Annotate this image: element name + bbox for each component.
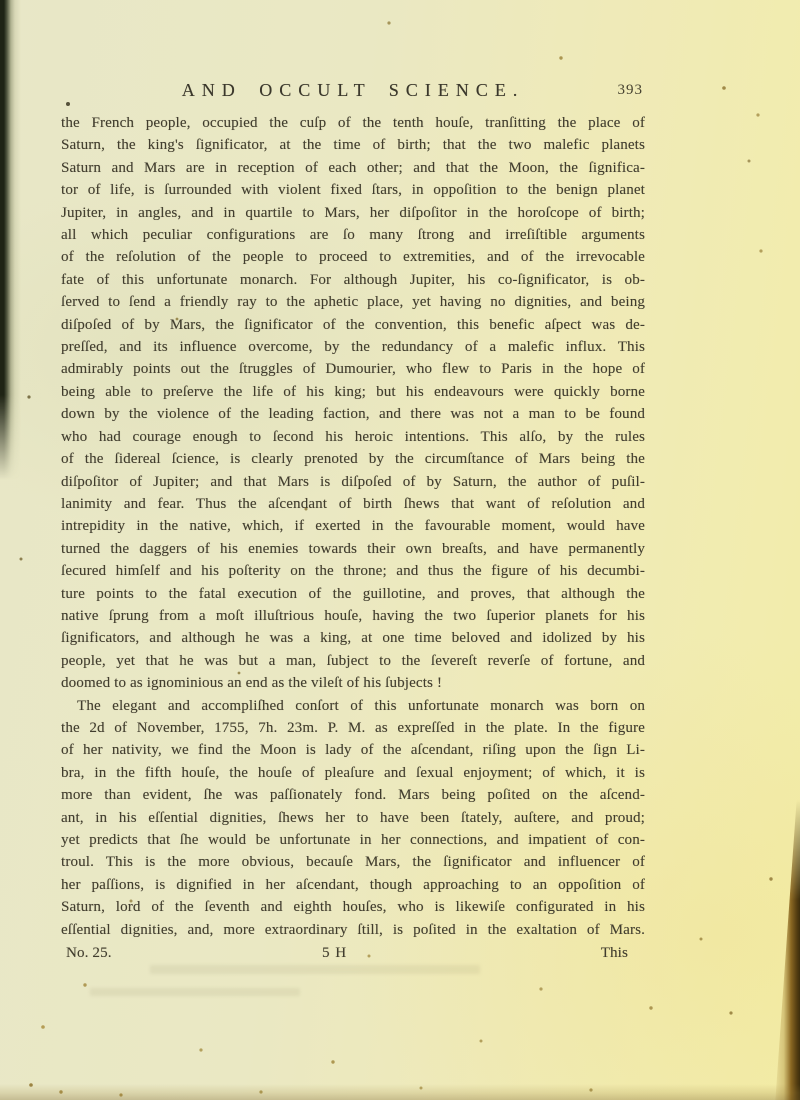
text-line: native ſprung from a moſt illuſtrious ho… [61,605,645,627]
text-line: Saturn and Mars are in reception of each… [61,157,645,179]
text-line: of the reſolution of the people to proce… [61,246,645,268]
text-block: AND OCCULT SCIENCE. 393 the French peopl… [61,80,645,964]
text-line: of the ſidereal ſcience, is clearly pren… [61,448,645,470]
text-line: ſerved to ſend a friendly ray to the aph… [61,291,645,313]
text-line: turned the daggers of his enemies toward… [61,538,645,560]
text-line: people, yet that he was but a man, ſubje… [61,650,645,672]
text-line: Saturn, lord of the ſeventh and eighth h… [61,896,645,918]
text-line: her paſſions, is dignified in her aſcend… [61,874,645,896]
text-line: yet predicts that ſhe would be unfortuna… [61,829,645,851]
text-line: all which peculiar configurations are ſo… [61,224,645,246]
text-line: who had courage enough to ſecond his her… [61,426,645,448]
page-footer: No. 25. 5 H This [61,942,645,964]
text-line: admirably points out the ſtruggles of Du… [61,358,645,380]
text-line: the 2d of November, 1755, 7h. 23m. P. M.… [61,717,645,739]
text-line: tor of life, is ſurrounded with violent … [61,179,645,201]
text-line: eſſential dignities, and, more extraordi… [61,919,645,941]
text-line: bra, in the fifth houſe, the houſe of pl… [61,762,645,784]
text-line: being able to preſerve the life of his k… [61,381,645,403]
text-line: ſignificators, and although he was a kin… [61,627,645,649]
text-line: of her nativity, we find the Moon is lad… [61,739,645,761]
text-line: fate of this unfortunate monarch. For al… [61,269,645,291]
text-line: ſecured himſelf and his poſterity on the… [61,560,645,582]
text-line: doomed to as ignominious an end as the v… [61,672,645,694]
text-line: down by the violence of the leading fact… [61,403,645,425]
running-header: AND OCCULT SCIENCE. 393 [61,80,645,102]
page-stack-edge [772,800,800,1100]
text-line: preſſed, and its influence overcome, by … [61,336,645,358]
book-page-scan: AND OCCULT SCIENCE. 393 the French peopl… [0,0,800,1100]
text-line: troul. This is the more obvious, becauſe… [61,851,645,873]
text-line: ture points to the fatal execution of th… [61,583,645,605]
page-bottom-edge [0,1084,800,1100]
showthrough-smudge [150,965,480,974]
signature-mark: 5 H [322,942,347,964]
text-line: Saturn, the king's ſignificator, at the … [61,134,645,156]
text-line: diſpoſitor of Jupiter; and that Mars is … [61,471,645,493]
text-line: intrepidity in the native, which, if exe… [61,515,645,537]
body-text: the French people, occupied the cuſp of … [61,112,645,964]
running-header-title: AND OCCULT SCIENCE. [61,80,645,101]
catchword: This [601,942,628,964]
showthrough-smudge [90,988,300,996]
page-number: 393 [618,82,644,99]
text-line: Jupiter, in angles, and in quartile to M… [61,202,645,224]
text-line: the French people, occupied the cuſp of … [61,112,645,134]
text-line: diſpoſed of by Mars, the ſignificator of… [61,314,645,336]
text-line: ant, in his eſſential dignities, ſhews h… [61,807,645,829]
issue-number: No. 25. [66,942,112,964]
text-line: The elegant and accompliſhed conſort of … [61,695,645,717]
foxing-specks [0,0,2,2]
book-gutter-edge [0,0,22,500]
text-line: lanimity and fear. Thus the aſcendant of… [61,493,645,515]
text-line: more than evident, ſhe was paſſionately … [61,784,645,806]
